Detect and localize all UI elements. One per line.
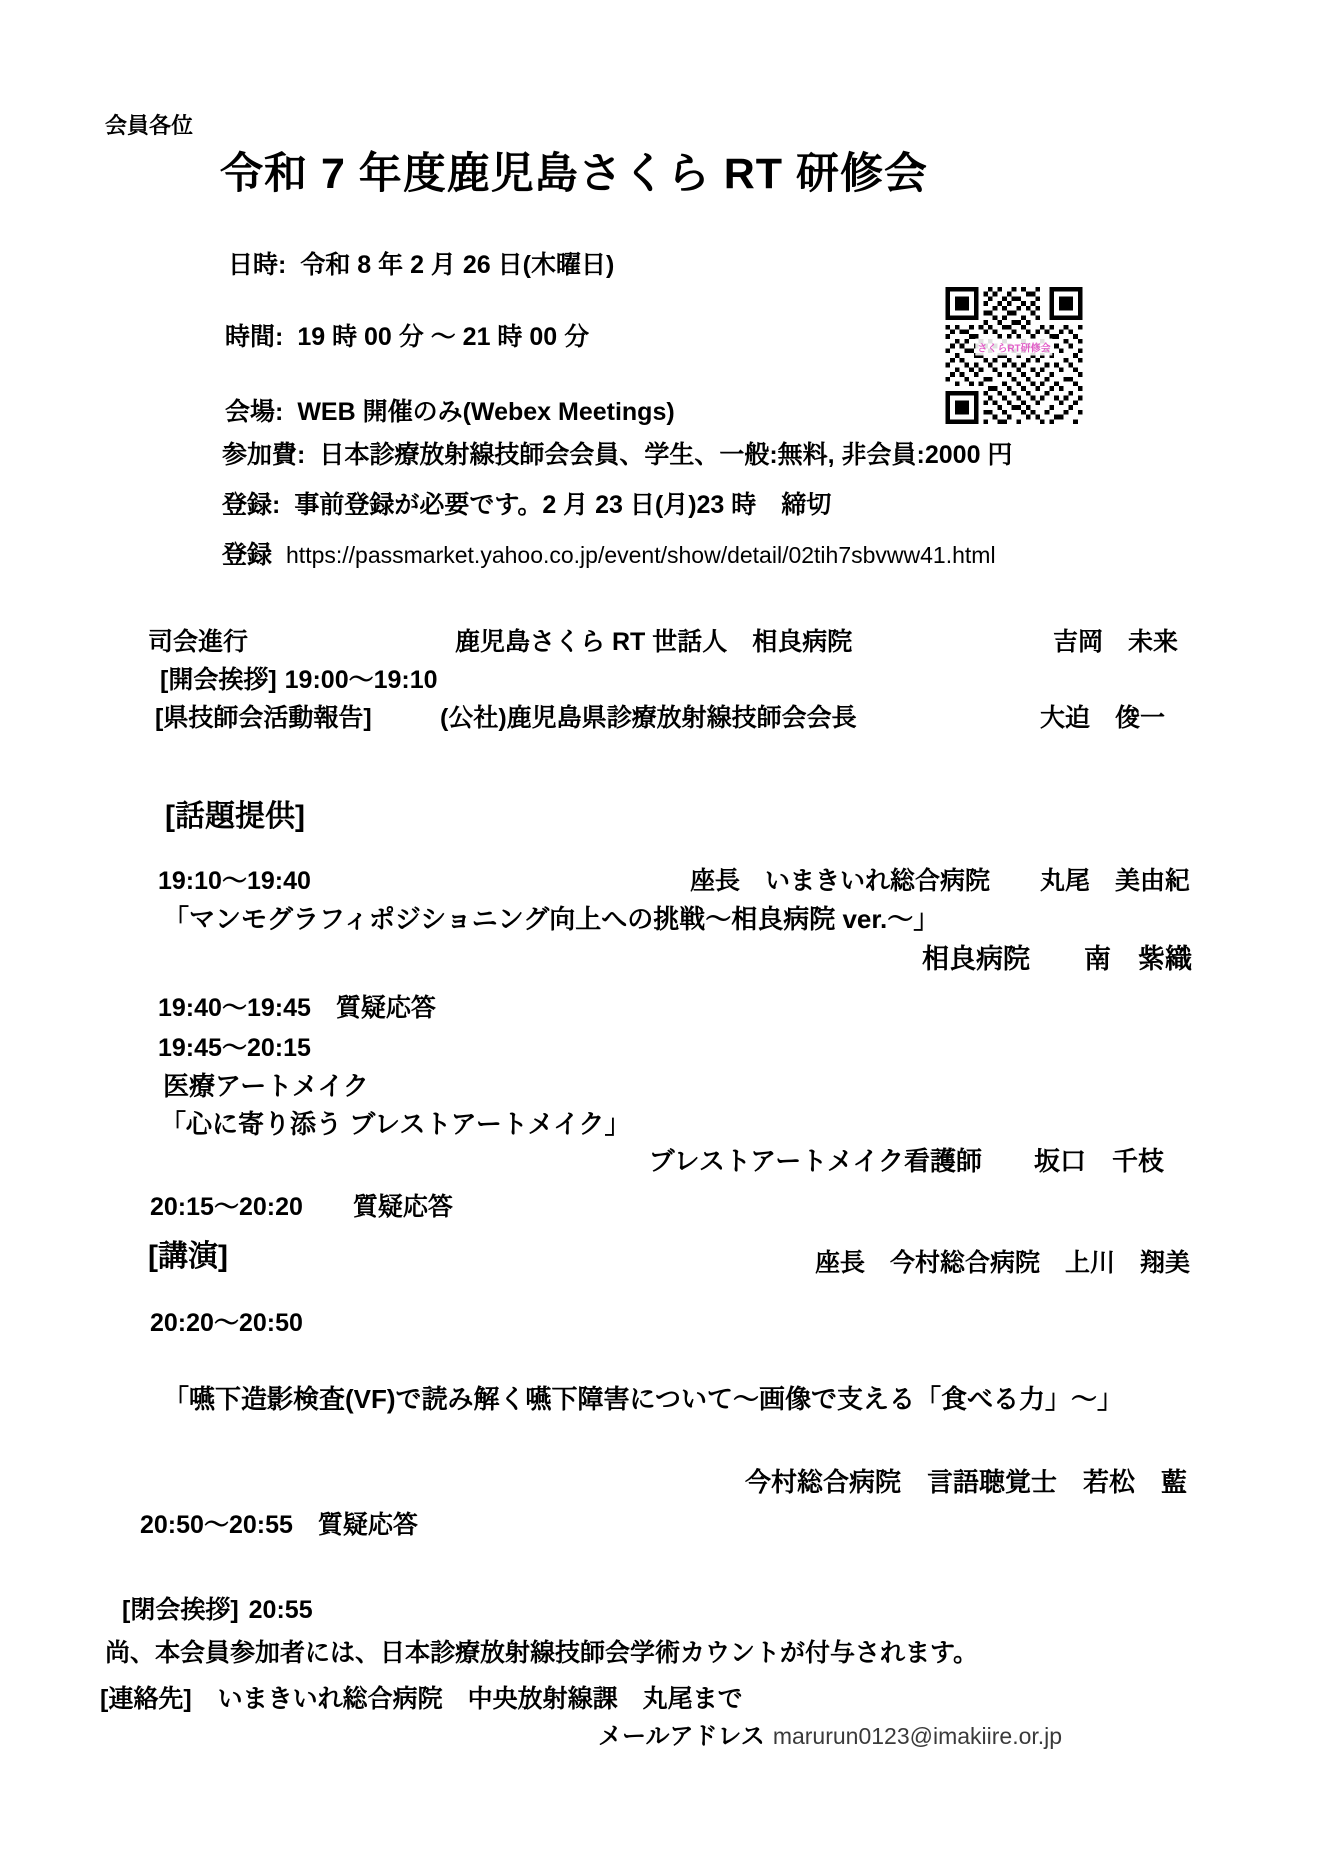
topic2-title: 「心に寄り添う ブレストアートメイク」 <box>160 1108 631 1141</box>
moderator-label: 司会進行 <box>148 627 248 658</box>
closing-greeting-line: [閉会挨拶]20:55 <box>122 1595 313 1626</box>
fee-line: 参加費:日本診療放射線技師会会員、学生、一般:無料, 非会員:2000 円 <box>222 440 1012 471</box>
event-title: 令和 7 年度鹿児島さくら RT 研修会 <box>220 148 928 202</box>
fee-value: 日本診療放射線技師会会員、学生、一般:無料, 非会員:2000 円 <box>319 441 1012 469</box>
lecture-title: 「嚥下造影検査(VF)で読み解く嚥下障害について～画像で支える「食べる力」～」 <box>163 1383 1123 1416</box>
contact-label: [連絡先] <box>100 1685 192 1713</box>
activity-report-name: 大迫 俊一 <box>1040 703 1165 734</box>
registration-line: 登録:事前登録が必要です。2 月 23 日(月)23 時 締切 <box>222 490 831 521</box>
registration-url-label: 登録 <box>222 541 272 569</box>
topic1-qa: 19:40～19:45 質疑応答 <box>158 993 436 1024</box>
fee-label: 参加費: <box>222 441 305 469</box>
contact-value: いまきいれ総合病院 中央放射線課 丸尾まで <box>218 1685 743 1713</box>
lecture-time: 20:20～20:50 <box>150 1308 303 1339</box>
opening-greeting-label: [開会挨拶] <box>160 666 277 694</box>
activity-report-affiliation: (公社)鹿児島県診療放射線技師会会長 <box>440 703 857 734</box>
time-line: 時間:19 時 00 分 ～ 21 時 00 分 <box>225 322 589 353</box>
email-line: メールアドレスmarurun0123@imakiire.or.jp <box>598 1722 1062 1752</box>
closing-greeting-label: [閉会挨拶] <box>122 1596 239 1624</box>
topic1-title: 「マンモグラフィポジショニング向上への挑戦～相良病院 ver.～」 <box>163 903 939 936</box>
datetime-value: 令和 8 年 2 月 26 日(木曜日) <box>300 251 614 279</box>
topic2-qa: 20:15～20:20 質疑応答 <box>150 1192 453 1223</box>
opening-greeting-time: 19:00～19:10 <box>285 666 438 694</box>
registration-url[interactable]: https://passmarket.yahoo.co.jp/event/sho… <box>286 542 996 568</box>
topic2-speaker: ブレストアートメイク看護師 坂口 千枝 <box>649 1145 1164 1178</box>
venue-label: 会場: <box>225 398 283 426</box>
lecture-speaker: 今村総合病院 言語聴覚士 若松 藍 <box>745 1466 1187 1499</box>
registration-qr-code: さくらRT研修会 <box>943 287 1085 424</box>
academic-count-note: 尚、本会員参加者には、日本診療放射線技師会学術カウントが付与されます。 <box>105 1638 978 1669</box>
registration-label: 登録: <box>222 491 280 519</box>
event-announcement-document: 会員各位 令和 7 年度鹿児島さくら RT 研修会 日時:令和 8 年 2 月 … <box>0 0 1322 1870</box>
topic1-chair: 座長 いまきいれ総合病院 丸尾 美由紀 <box>690 866 1190 897</box>
topic2-category: 医療アートメイク <box>163 1070 369 1103</box>
moderator-affiliation: 鹿児島さくら RT 世話人 相良病院 <box>455 627 852 658</box>
venue-line: 会場:WEB 開催のみ(Webex Meetings) <box>225 397 675 428</box>
email-label: メールアドレス <box>598 1723 765 1750</box>
moderator-name: 吉岡 未来 <box>1053 627 1178 658</box>
registration-url-line: 登録https://passmarket.yahoo.co.jp/event/s… <box>222 540 996 571</box>
lecture-chair: 座長 今村総合病院 上川 翔美 <box>815 1248 1190 1279</box>
datetime-line: 日時:令和 8 年 2 月 26 日(木曜日) <box>228 250 614 281</box>
opening-greeting-line: [開会挨拶]19:00～19:10 <box>160 665 438 696</box>
datetime-label: 日時: <box>228 251 286 279</box>
time-value: 19 時 00 分 ～ 21 時 00 分 <box>297 323 589 351</box>
lecture-qa: 20:50～20:55 質疑応答 <box>140 1510 418 1541</box>
recipient-line: 会員各位 <box>105 112 193 140</box>
time-label: 時間: <box>225 323 283 351</box>
topic2-time: 19:45～20:15 <box>158 1033 311 1064</box>
contact-line: [連絡先]いまきいれ総合病院 中央放射線課 丸尾まで <box>100 1684 743 1715</box>
activity-report-label: [県技師会活動報告] <box>155 703 372 734</box>
email-address[interactable]: marurun0123@imakiire.or.jp <box>773 1723 1062 1749</box>
topics-heading: [話題提供] <box>165 798 305 836</box>
venue-value: WEB 開催のみ(Webex Meetings) <box>297 398 674 426</box>
lecture-heading: [講演] <box>148 1238 228 1276</box>
qr-overlay-text: さくらRT研修会 <box>975 339 1052 356</box>
registration-value: 事前登録が必要です。2 月 23 日(月)23 時 締切 <box>294 491 831 519</box>
topic1-speaker: 相良病院 南 紫織 <box>922 943 1192 977</box>
topic1-time: 19:10～19:40 <box>158 866 311 897</box>
closing-greeting-time: 20:55 <box>249 1596 313 1624</box>
